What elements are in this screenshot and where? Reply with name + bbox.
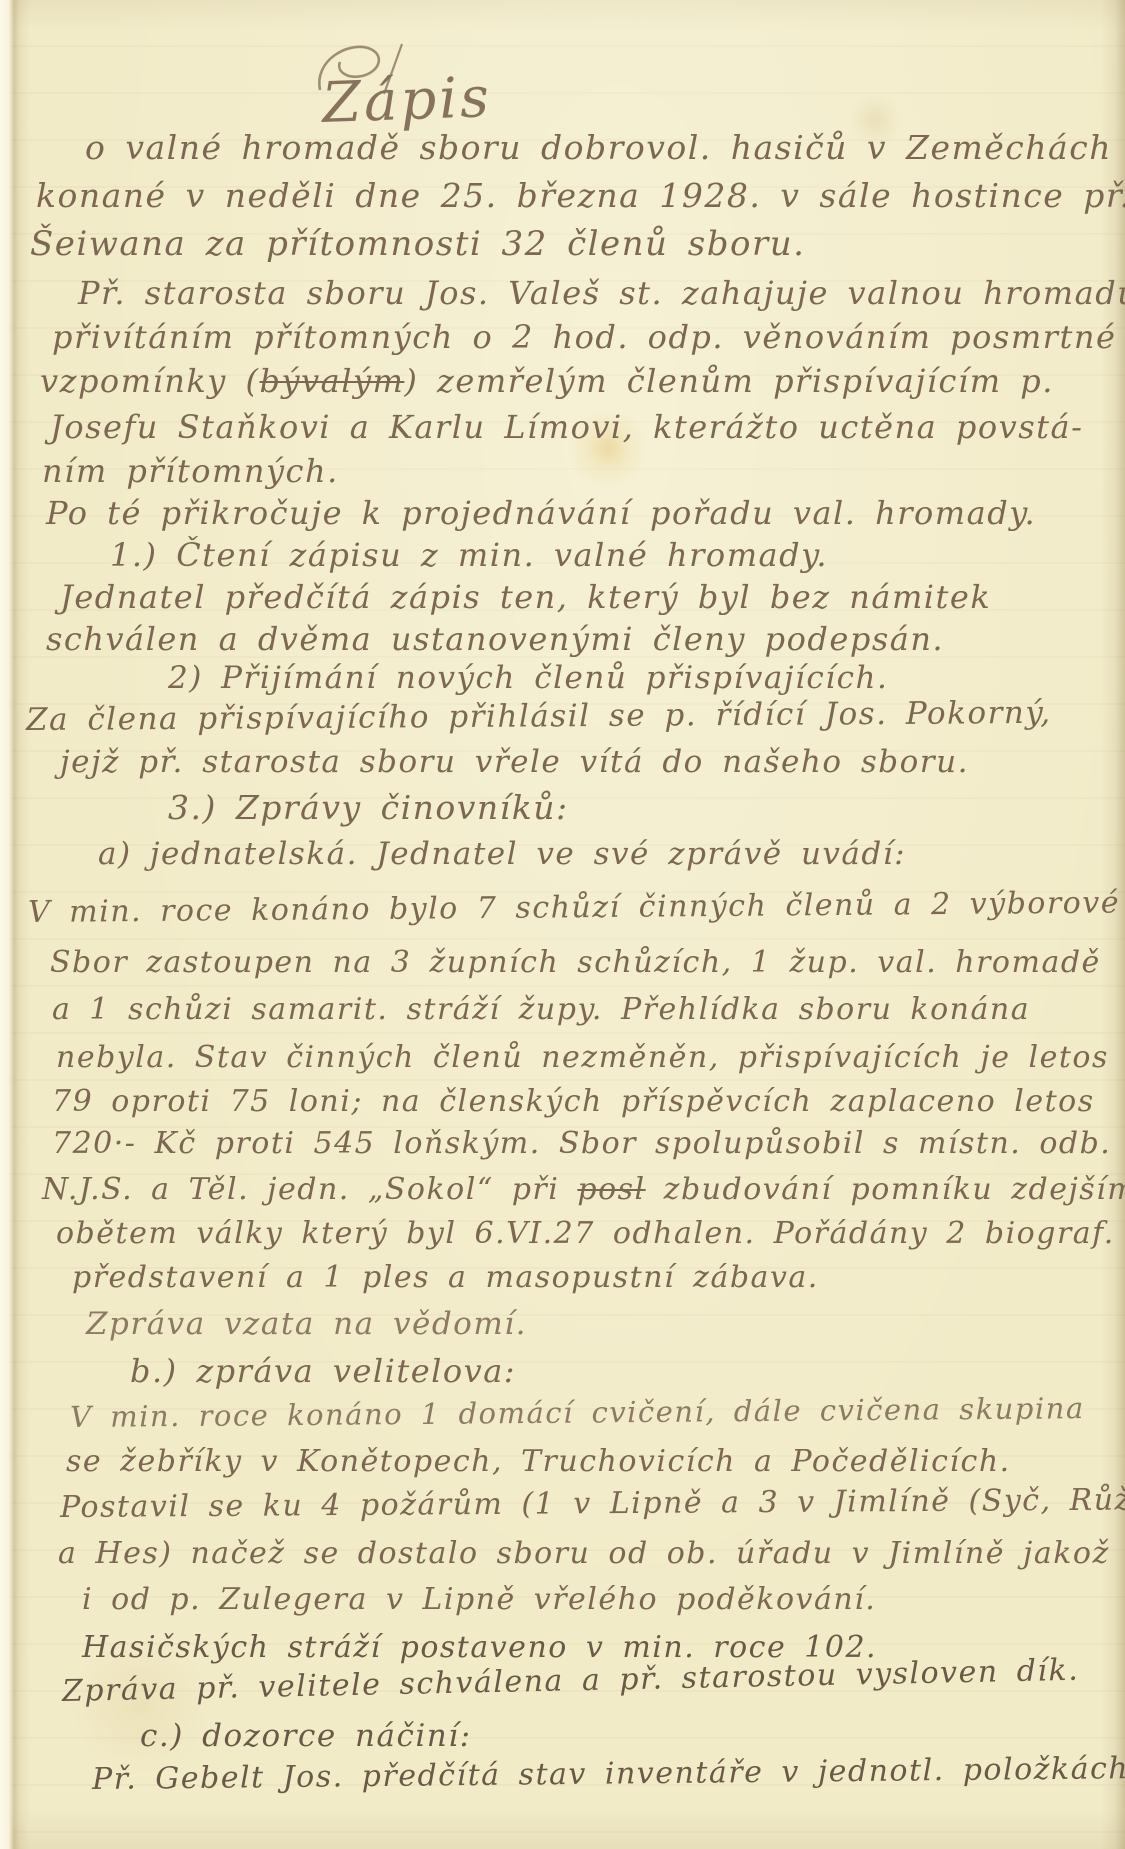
line-text: N.J.S. a Těl. jedn. „Sokol“ při xyxy=(42,1172,577,1207)
handwritten-line: se žebříky v Konětopech, Truchovicích a … xyxy=(66,1444,1011,1479)
handwritten-line: jejž př. starosta sboru vřele vítá do na… xyxy=(60,744,969,780)
handwritten-line: i od p. Zulegera v Lipně vřelého poděkov… xyxy=(82,1582,876,1617)
handwritten-line: a Hes) načež se dostalo sboru od ob. úřa… xyxy=(58,1536,1110,1571)
line-text: ) zemřelým členům přispívajícím p. xyxy=(404,362,1053,400)
handwritten-line: Př. starosta sboru Jos. Valeš st. zahaju… xyxy=(78,274,1125,312)
handwritten-line: 720·- Kč proti 545 loňským. Sbor spolupů… xyxy=(52,1126,1111,1161)
handwritten-line: nebyla. Stav činných členů nezměněn, při… xyxy=(56,1040,1109,1075)
handwritten-line: přivítáním přítomných o 2 hod. odp. věno… xyxy=(52,318,1116,356)
struck-word: bývalým xyxy=(260,362,405,400)
handwritten-line: konané v neděli dne 25. března 1928. v s… xyxy=(36,176,1125,215)
handwritten-line: obětem války který byl 6.VI.27 odhalen. … xyxy=(56,1216,1115,1251)
handwritten-line: Zpráva vzata na vědomí. xyxy=(86,1306,527,1342)
handwritten-line: Sbor zastoupen na 3 župních schůzích, 1 … xyxy=(50,945,1101,980)
handwritten-line: schválen a dvěma ustanovenými členy pode… xyxy=(46,620,944,658)
handwritten-line: V min. roce konáno bylo 7 schůzí činných… xyxy=(28,885,1120,930)
handwritten-line: 2) Přijímání nových členů přispívajících… xyxy=(168,660,888,696)
handwritten-line: představení a 1 ples a masopustní zábava… xyxy=(72,1260,819,1295)
handwritten-line: Za člena přispívajícího přihlásil se p. … xyxy=(26,695,1052,738)
handwritten-line: Josefu Staňkovi a Karlu Límovi, kterážto… xyxy=(50,408,1083,446)
document-title: Zápis xyxy=(321,65,493,136)
line-text: vzpomínky ( xyxy=(40,362,260,400)
handwritten-line: Jednatel předčítá zápis ten, který byl b… xyxy=(60,578,991,616)
handwritten-line: Př. Gebelt Jos. předčítá stav inventáře … xyxy=(92,1751,1125,1797)
handwritten-line: N.J.S. a Těl. jedn. „Sokol“ při posl zbu… xyxy=(42,1172,1125,1207)
handwritten-line: b.) zpráva velitelova: xyxy=(130,1352,516,1390)
handwritten-line: o valné hromadě sboru dobrovol. hasičů v… xyxy=(85,128,1112,167)
handwritten-line: vzpomínky (bývalým) zemřelým členům přis… xyxy=(40,362,1054,400)
handwritten-line: V min. roce konáno 1 domácí cvičení, dál… xyxy=(70,1391,1085,1434)
handwritten-line: a) jednatelská. Jednatel ve své zprávě u… xyxy=(98,836,906,872)
handwritten-line: 79 oproti 75 loni; na členských příspěvc… xyxy=(52,1084,1095,1119)
struck-word: posl xyxy=(577,1172,645,1207)
handwritten-line: Po té přikročuje k projednávání pořadu v… xyxy=(46,494,1036,532)
line-text: zbudování pomníku zdejším xyxy=(646,1172,1125,1207)
scanned-minutes-page: Zápis o valné hromadě sboru dobrovol. ha… xyxy=(0,0,1125,1849)
handwritten-line: ním přítomných. xyxy=(42,452,339,490)
handwritten-line: a 1 schůzi samarit. stráží župy. Přehlíd… xyxy=(52,992,1030,1027)
handwritten-line: c.) dozorce náčiní: xyxy=(140,1718,472,1754)
handwritten-line: 3.) Zprávy činovníků: xyxy=(168,788,569,827)
handwritten-line: Postavil se ku 4 požárům (1 v Lipně a 3 … xyxy=(60,1482,1125,1525)
handwritten-line: 1.) Čtení zápisu z min. valné hromady. xyxy=(110,536,828,574)
handwritten-line: Šeiwana za přítomnosti 32 členů sboru. xyxy=(30,224,805,264)
